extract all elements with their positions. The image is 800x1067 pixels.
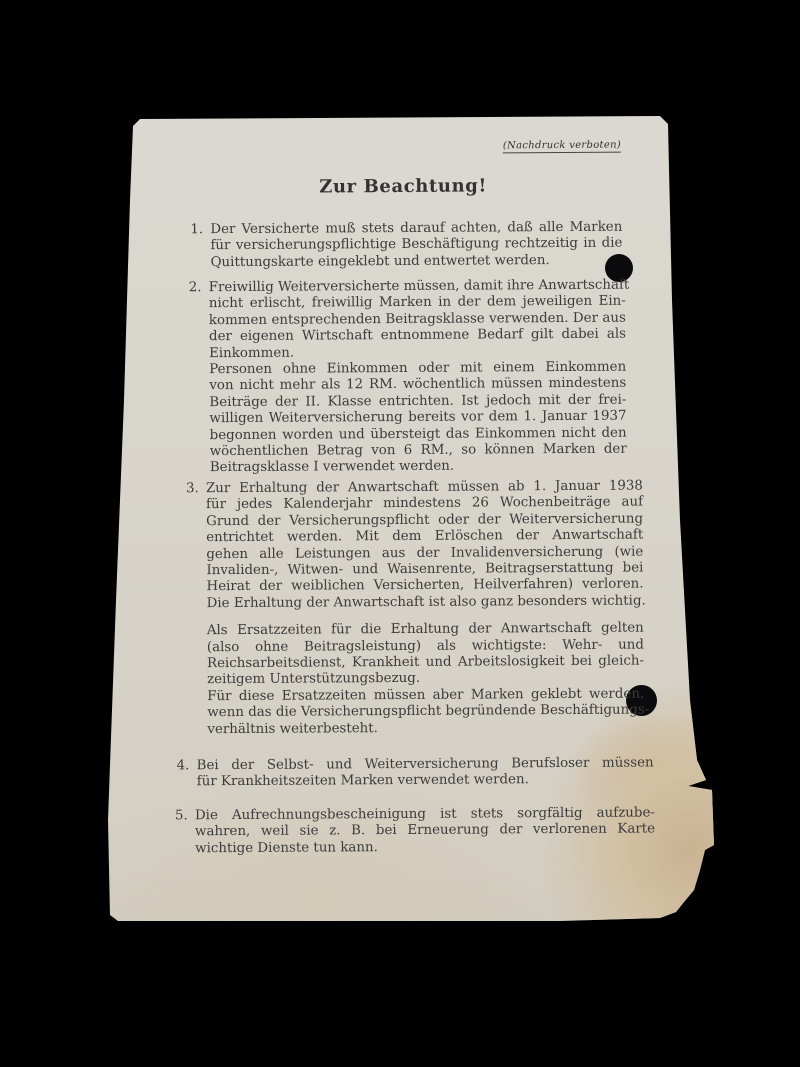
instruction-item-5: 5. Die Aufrechnungsbescheinigung ist ste…: [175, 805, 655, 857]
text-line: Bei der Selbst- und Weiterversicherung B…: [197, 755, 654, 774]
text-line: willigen Weiterversicherung bereits vor …: [209, 409, 626, 428]
text-line: wöchentlichen Betrag von 6 RM., so könne…: [210, 442, 627, 461]
text-line: Die Erhaltung der Anwartschaft ist also …: [207, 593, 644, 612]
item-number: 4.: [177, 758, 190, 774]
item-number: 2.: [189, 280, 202, 296]
instruction-item-4: 4. Bei der Selbst- und Weiterversicherun…: [177, 755, 654, 791]
item-number: 3.: [186, 481, 199, 497]
reprint-notice: (Nachdruck verboten): [503, 140, 621, 154]
text-line: Quittungskarte eingeklebt und entwertet …: [210, 252, 622, 271]
text-line: wahren, weil sie z. B. bei Erneuerung de…: [195, 822, 655, 841]
item-number: 1.: [190, 222, 203, 238]
text-line: für versicherungspflichtige Beschäftigun…: [210, 236, 622, 255]
document-title: Zur Beachtung!: [0, 174, 798, 200]
instruction-item-1: 1. Der Versicherte muß stets darauf acht…: [190, 220, 622, 272]
instruction-item-2: 2. Freiwillig Weiterversicherte müssen, …: [189, 278, 627, 478]
text-line: Reichsarbeitsdienst, Krankheit und Arbei…: [207, 654, 644, 673]
text-line: wenn das die Versicherungspflicht begrün…: [207, 703, 644, 722]
text-line: wichtige Dienste tun kann.: [195, 838, 655, 857]
document-content: (Nachdruck verboten) Zur Beachtung! 1. D…: [0, 0, 800, 1067]
text-line: für Krankheitszeiten Marken verwendet we…: [197, 772, 654, 791]
text-line: der eigenen Wirtschaft entnommene Bedarf…: [209, 327, 626, 346]
item-number: 5.: [175, 808, 188, 824]
text-line: Beitragsklasse I verwendet werden.: [210, 458, 627, 477]
text-line: verhältnis weiterbesteht.: [207, 719, 644, 738]
instruction-item-3: 3. Zur Erhaltung der Anwartschaft müssen…: [186, 479, 645, 739]
